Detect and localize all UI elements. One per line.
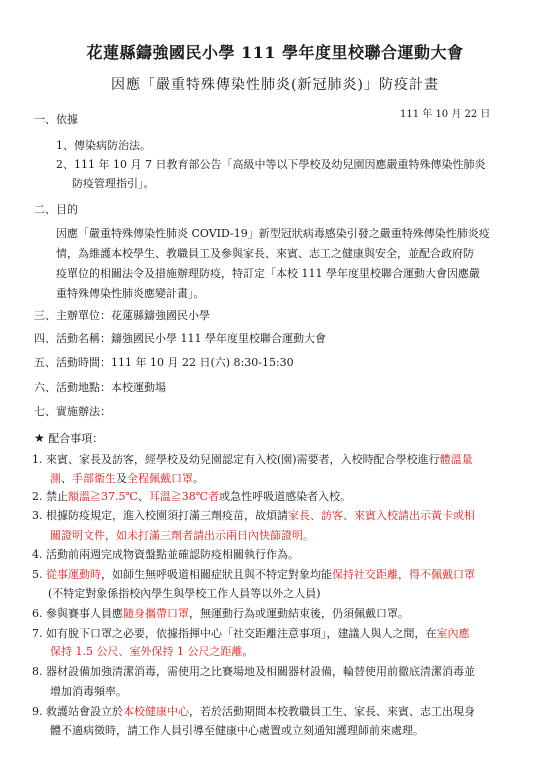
- section-implementation: 七、實施辦法：: [34, 405, 111, 419]
- section-heading-basis: 一、依據: [34, 113, 78, 127]
- note-7-line2: 保持 1.5 公尺、室外保持 1 公尺之距離。: [50, 645, 253, 659]
- purpose-line-3: 疫單位的相關法令及措施辦理防疫，特訂定「本校 111 學年度里校聯合運動大會因應…: [56, 267, 480, 281]
- section-event-time: 五、活動時間：111 年 10 月 22 日(六) 8:30-15:30: [34, 356, 294, 370]
- document-subtitle: 因應「嚴重特殊傳染性肺炎(新冠肺炎)」防疫計畫: [0, 74, 550, 94]
- purpose-line-1: 因應「嚴重特殊傳染性肺炎 COVID-19」新型冠狀病毒感染引發之嚴重特殊傳染性…: [56, 227, 490, 241]
- note-3-line1: 3. 根據防疫規定，進入校園須打滿三劑疫苗，故煩請家長、訪客、來賓入校請出示黃卡…: [32, 509, 475, 523]
- note-9-line2: 體不適病徵時，請工作人員引導至健康中心處置或立刻通知護理師前來處理。: [50, 724, 424, 738]
- note-5-line1: 5. 從事運動時，如師生無呼吸道相關症狀且與不特定對象均能保持社交距離，得不佩戴…: [32, 568, 475, 582]
- note-3-line2: 關證明文件，如未打滿三劑者請出示兩日內快篩證明。: [50, 529, 314, 543]
- note-7-line1: 7. 如有脫下口罩之必要，依據指揮中心「社交距離注意事項」，建議人與人之間，在室…: [32, 627, 470, 641]
- note-8-line2: 增加消毒頻率。: [50, 685, 127, 699]
- basis-item-2-line1: 2、111 年 10 月 7 日教育部公告「高級中等以下學校及幼兒園因應嚴重特殊…: [56, 158, 485, 172]
- purpose-line-4: 重特殊傳染性肺炎應變計畫」。: [56, 287, 205, 301]
- note-4: 4. 活動前兩週完成物資盤點並確認防疫相關執行作為。: [32, 548, 299, 562]
- section-organizer: 三、主辦單位：花蓮縣鑄強國民小學: [34, 309, 210, 323]
- note-2: 2. 禁止額溫≧37.5℃、耳溫≧38℃者或急性呼吸道感染者入校。: [32, 490, 351, 504]
- basis-item-2-line2: 防疫管理指引」。: [72, 177, 155, 191]
- purpose-line-2: 情，為維護本校學生、教職員工及參與家長、來賓、志工之健康與安全，並配合政府防: [56, 247, 474, 261]
- document-title: 花蓮縣鑄強國民小學 111 學年度里校聯合運動大會: [0, 40, 550, 63]
- section-event-name: 四、活動名稱：鑄強國民小學 111 學年度里校聯合運動大會: [34, 332, 326, 346]
- note-9-line1: 9. 救護站會設立於本校健康中心，若於活動期間本校教職員工生、家長、來賓、志工出…: [32, 705, 475, 719]
- section-heading-purpose: 二、目的: [34, 203, 78, 217]
- note-6: 6. 參與賽事人員應隨身攜帶口罩，無運動行為或運動結束後，仍須佩戴口罩。: [32, 607, 409, 621]
- notes-heading: ★ 配合事項：: [34, 431, 103, 446]
- star-icon: ★: [34, 431, 45, 445]
- note-1-line2: 測、手部衛生及全程佩戴口罩。: [50, 472, 204, 486]
- basis-item-1: 1、傳染病防治法。: [56, 139, 151, 153]
- section-event-location: 六、活動地點：本校運動場: [34, 381, 166, 395]
- document-date: 111 年 10 月 22 日: [400, 105, 490, 120]
- document-page: 花蓮縣鑄強國民小學 111 學年度里校聯合運動大會 因應「嚴重特殊傳染性肺炎(新…: [0, 0, 550, 778]
- note-5-line2: (不特定對象係指校內學生與學校工作人員等以外之人員): [48, 587, 321, 601]
- note-1-line1: 1. 來賓、家長及訪客，經學校及幼兒園認定有入校(園)需要者，入校時配合學校進行…: [32, 453, 473, 467]
- note-8-line1: 8. 器材設備加強清潔消毒，需使用之比賽場地及相關器材設備，輪替使用前徹底清潔消…: [32, 665, 475, 679]
